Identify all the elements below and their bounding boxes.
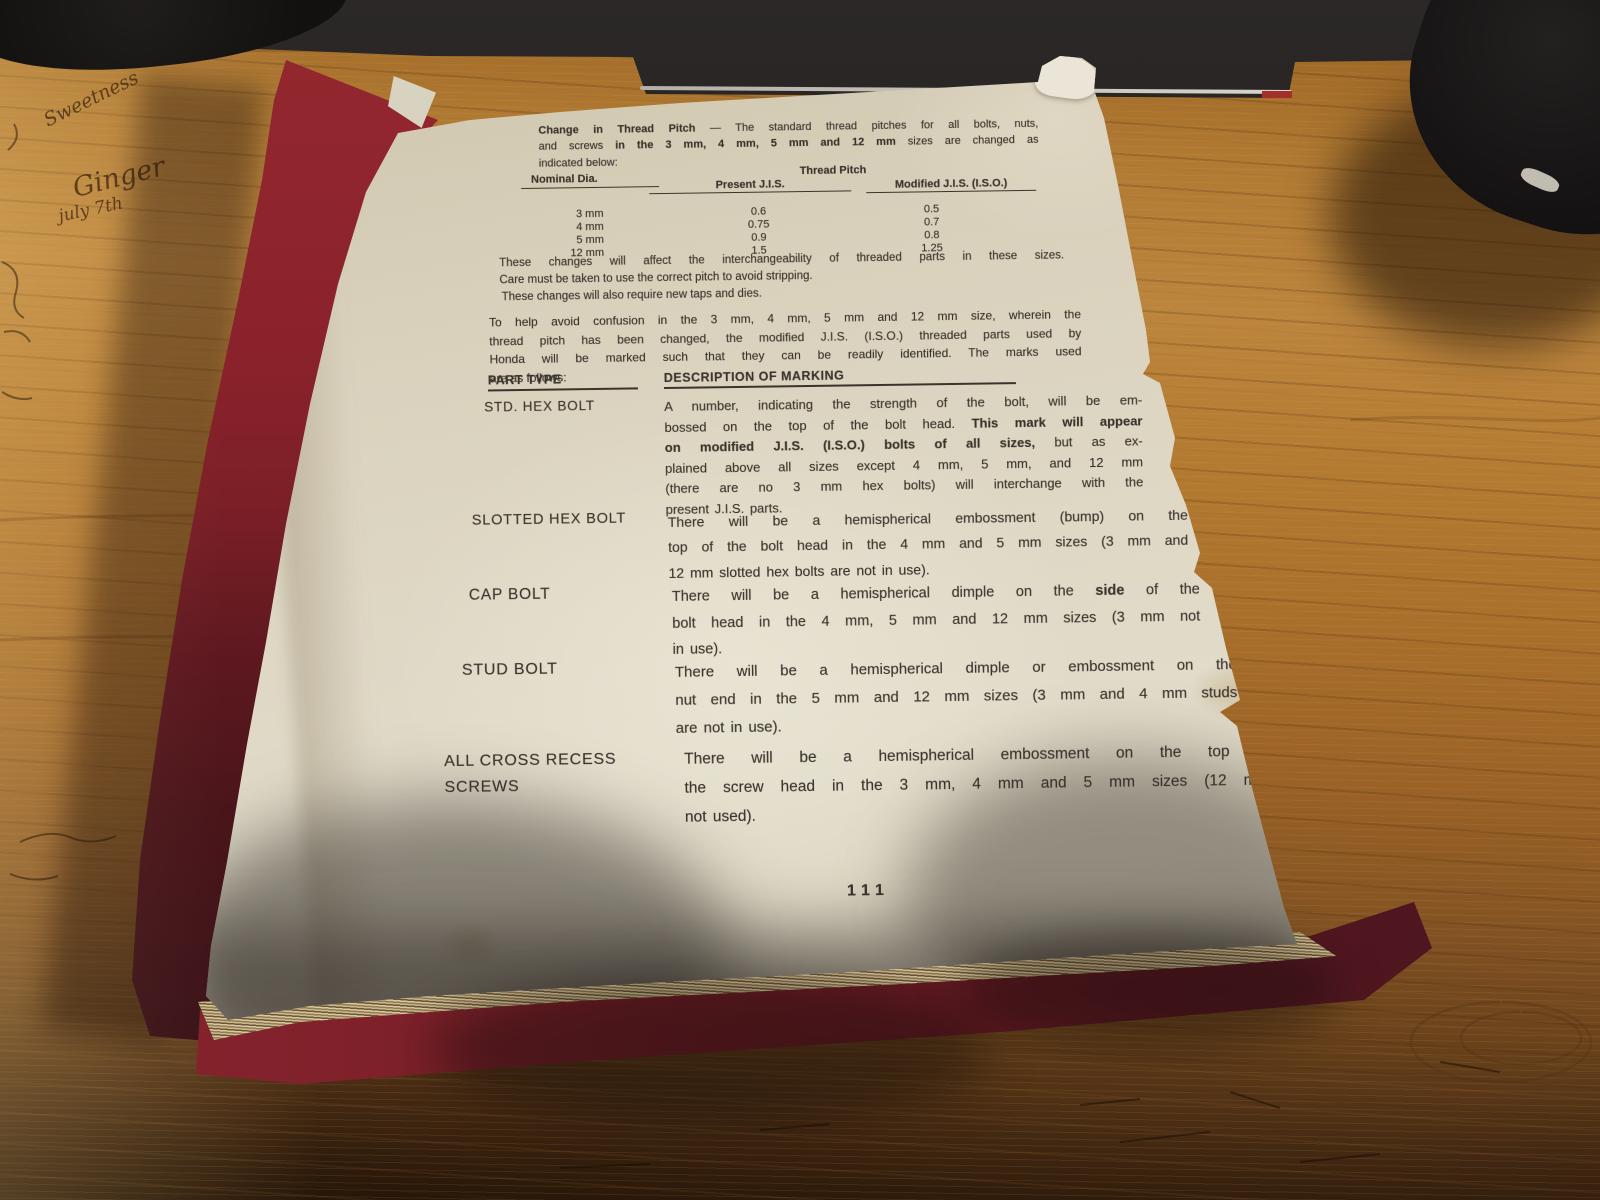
text-segment: of the [1124,582,1200,599]
cell-present: 0.9 [722,231,796,244]
text-segment: in use). [673,642,723,659]
part-description: There will be a hemispherical embossment… [668,503,1189,587]
table-header-nominal-dia: Nominal Dia. [521,172,659,189]
text-segment: Care must be taken to use the correct pi… [499,270,812,286]
cell-modified: 0.7 [895,216,969,229]
table-header-modified-jis: Modified J.I.S. (I.S.O.) [866,177,1036,193]
cell-dia: 4 mm [524,221,604,234]
photographer-shadow-on-binder [430,975,990,1125]
text-segment: and screws [539,140,616,153]
page-number: 111 [847,882,890,901]
text-segment: not used). [685,807,756,825]
part-type-label: SLOTTED HEX BOLT [472,510,668,529]
text-segment: There will be a hemispherical embossment… [668,507,1188,530]
part-description: A number, indicating the strength of the… [664,390,1144,520]
interchangeability-paragraph: These changes will affect the interchang… [499,247,1064,289]
photo-of-manual-page: { "colors": { "binder_red": "#8e2430", "… [0,0,1600,1200]
text-segment: A number, indicating the strength of the… [664,392,1142,414]
text-segment: These changes will also require new taps… [502,288,762,304]
part-type-label: CAP BOLT [469,584,672,605]
part-type-label: STD. HEX BOLT [484,397,664,415]
text-segment: bossed on the top of the bolt head. [664,415,971,434]
text-segment: Change in Thread Pitch [538,123,695,137]
text-segment: on modified J.I.S. (I.S.O.) bolts of all… [665,435,1036,455]
part-type-header: PART TYPE [488,371,638,391]
header-gap [638,371,664,389]
text-segment: but as ex- [1035,433,1143,450]
table-header-thread-pitch: Thread Pitch [728,163,938,178]
text-segment: This mark will appear [971,413,1142,430]
text-segment: There will be a hemispherical dimple on … [672,583,1096,605]
cell-modified: 0.8 [895,229,969,242]
text-segment: (there are no 3 mm hex bolts) will inter… [665,474,1143,496]
text-segment: 12 mm slotted hex bolts are not in use). [668,561,929,581]
text-segment: nut end in the 5 mm and 12 mm sizes (3 m… [675,684,1237,709]
cell-dia: 5 mm [524,234,604,247]
photographer-shadow-on-binder [960,930,1340,1050]
part-type-label: STUD BOLT [462,659,675,680]
text-segment: There will be a hemispherical dimple or … [675,656,1237,681]
text-segment: top of the bolt head in the 4 mm and 5 m… [668,532,1188,555]
description-of-marking-header: DESCRIPTION OF MARKING [664,366,1016,389]
cell-present: 0.75 [722,218,796,231]
text-segment: in the 3 mm, 4 mm, 5 mm and 12 mm [615,136,896,152]
text-segment: side [1095,583,1124,599]
text-segment: bolt head in the 4 mm, 5 mm and 12 mm si… [672,608,1200,631]
cell-present: 0.6 [721,205,795,218]
table-header-present-jis: Present J.I.S. [649,177,851,194]
text-segment: plained above all sizes except 4 mm, 5 m… [665,454,1143,476]
part-description: There will be a hemispherical dimple on … [672,577,1201,664]
shelf-red-mark [1262,91,1292,98]
cell-dia: 3 mm [523,208,603,221]
section-std-hex-bolt: STD. HEX BOLT A number, indicating the s… [484,390,1144,522]
text-segment: sizes are changed as [896,134,1039,148]
cell-modified: 0.5 [894,203,968,216]
text-segment: are not in use). [676,718,782,736]
section-stud-bolt: STUD BOLT There will be a hemispherical … [462,651,1238,745]
part-description: There will be a hemispherical dimple or … [675,651,1238,743]
part-type-label: ALL CROSS RECESS SCREWS [444,746,685,801]
section-slotted-hex-bolt: SLOTTED HEX BOLT There will be a hemisph… [472,503,1189,589]
